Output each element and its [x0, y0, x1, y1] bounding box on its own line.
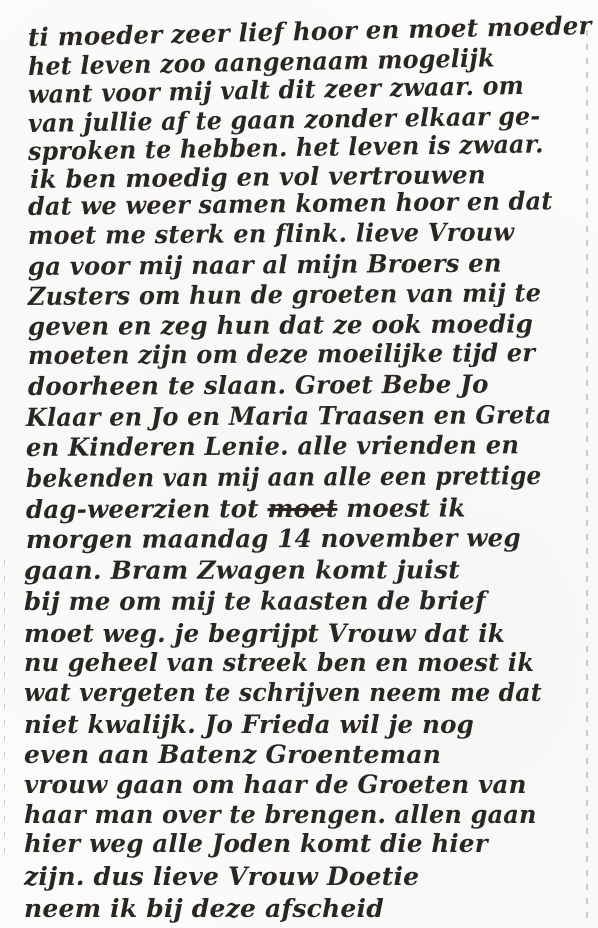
handwritten-line: ga voor mij naar al mijn Broers en: [28, 249, 502, 281]
handwritten-line: moet weg. je begrijpt Vrouw dat ik: [24, 619, 505, 648]
handwritten-line: en Kinderen Lenie. alle vrienden en: [26, 430, 519, 462]
handwritten-line: dat we weer samen komen hoor en dat: [28, 186, 553, 221]
line-text: dag-weerzien tot: [26, 494, 259, 524]
handwritten-line: nu geheel van streek ben en moest ik: [24, 648, 534, 677]
letter-page: ti moeder zeer lief hoor en moet moederh…: [0, 0, 598, 928]
line-text: bij me om mij te kaasten de brief: [24, 586, 486, 616]
page-edge-shadow: [586, 30, 588, 920]
handwritten-line: geven en zeg hun dat ze ook moedig: [28, 309, 533, 341]
line-text: neem ik bij deze afscheid: [24, 894, 384, 923]
line-text: doorheen te slaan. Groet Bebe Jo: [28, 370, 489, 401]
line-text: nu geheel van streek ben en moest ik: [24, 648, 534, 677]
line-text: geven en zeg hun dat ze ook moedig: [28, 309, 533, 341]
line-text: niet kwalijk. Jo Frieda wil je nog: [24, 710, 474, 739]
line-text: moet weg. je begrijpt Vrouw dat ik: [24, 619, 505, 648]
handwritten-line: niet kwalijk. Jo Frieda wil je nog: [24, 710, 474, 739]
line-text: bekenden van mij aan alle een prettige: [26, 461, 542, 493]
handwritten-line: vrouw gaan om haar de Groeten van: [24, 770, 527, 799]
line-text: vrouw gaan om haar de Groeten van: [24, 770, 527, 799]
line-text: dat we weer samen komen hoor en dat: [28, 186, 553, 221]
handwritten-line: bekenden van mij aan alle een prettige: [26, 461, 542, 493]
line-text-continuation: moest ik: [346, 493, 465, 522]
handwritten-line: dag-weerzien tot moet moest ik: [26, 493, 466, 524]
handwritten-line: zijn. dus lieve Vrouw Doetie: [24, 862, 419, 891]
line-text: zijn. dus lieve Vrouw Doetie: [24, 862, 419, 891]
handwritten-line: doorheen te slaan. Groet Bebe Jo: [28, 370, 489, 401]
line-text: hier weg alle Joden komt die hier: [24, 829, 488, 858]
line-text: morgen maandag 14 november weg: [26, 523, 521, 554]
handwritten-line: gaan. Bram Zwagen komt juist: [24, 555, 460, 585]
handwritten-line: neem ik bij deze afscheid: [24, 894, 384, 923]
handwritten-line: haar man over te brengen. allen gaan: [24, 800, 537, 829]
handwritten-line: moet me sterk en flink. lieve Vrouw: [28, 217, 514, 250]
line-text: even aan Batenz Groenteman: [24, 740, 441, 769]
line-text: moet me sterk en flink. lieve Vrouw: [28, 217, 514, 250]
handwritten-line: morgen maandag 14 november weg: [26, 523, 521, 554]
page-edge-shadow: [4, 560, 5, 860]
line-text: haar man over te brengen. allen gaan: [24, 800, 537, 829]
line-text: Zusters om hun de groeten van mij te: [28, 278, 541, 311]
struck-through-word: moet: [267, 494, 337, 523]
handwritten-line: Klaar en Jo en Maria Traasen en Greta: [26, 400, 552, 432]
line-text: Klaar en Jo en Maria Traasen en Greta: [26, 400, 552, 432]
handwritten-line: wat vergeten te schrijven neem me dat: [24, 678, 542, 707]
handwritten-line: hier weg alle Joden komt die hier: [24, 829, 488, 858]
handwritten-line: Zusters om hun de groeten van mij te: [28, 278, 541, 311]
line-text: wat vergeten te schrijven neem me dat: [24, 678, 542, 707]
line-text: moeten zijn om deze moeilijke tijd er: [28, 338, 535, 370]
handwritten-line: even aan Batenz Groenteman: [24, 740, 441, 769]
line-text: gaan. Bram Zwagen komt juist: [24, 555, 460, 585]
line-text: en Kinderen Lenie. alle vrienden en: [26, 430, 519, 462]
handwritten-line: bij me om mij te kaasten de brief: [24, 586, 486, 616]
line-text: ga voor mij naar al mijn Broers en: [28, 249, 502, 281]
handwritten-line: moeten zijn om deze moeilijke tijd er: [28, 338, 535, 370]
